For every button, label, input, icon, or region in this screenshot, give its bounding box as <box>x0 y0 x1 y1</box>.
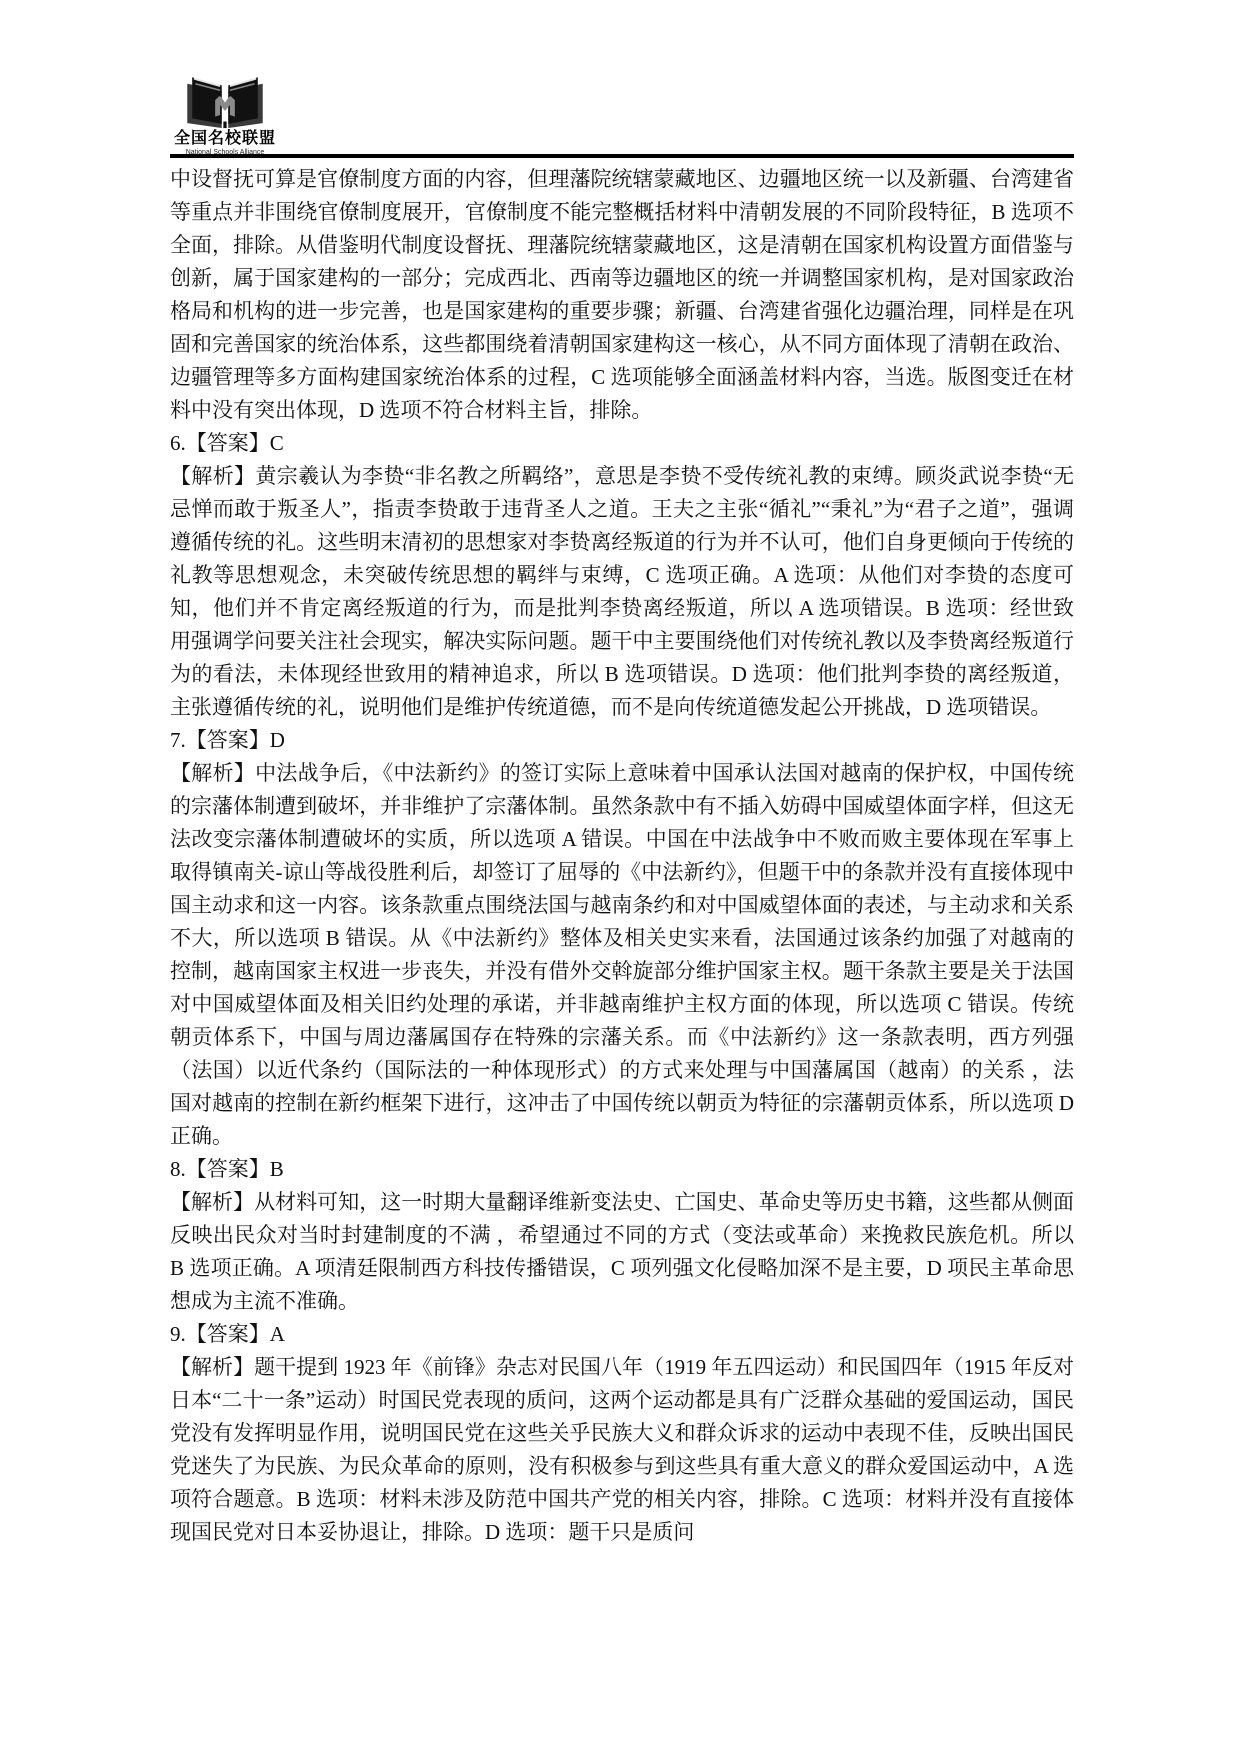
answer-heading-q8: 8.【答案】B <box>170 1153 1074 1186</box>
answer-heading-q9: 9.【答案】A <box>170 1318 1074 1351</box>
answer-heading-q7: 7.【答案】D <box>170 724 1074 757</box>
document-page: 全国名校联盟 National Schools Alliance 中设督抚可算是… <box>0 0 1241 1754</box>
explanation-paragraph-q7: 【解析】中法战争后，《中法新约》的签订实际上意味着中国承认法国对越南的保护权，中… <box>170 757 1074 1153</box>
open-book-logo-icon <box>184 72 266 130</box>
answer-heading-q6: 6.【答案】C <box>170 427 1074 460</box>
explanation-paragraph-q6: 【解析】黄宗羲认为李贽“非名教之所羁络”，意思是李贽不受传统礼教的束缚。顾炎武说… <box>170 460 1074 724</box>
logo-title: 全国名校联盟 <box>170 130 280 148</box>
header-divider <box>170 154 1074 158</box>
logo: 全国名校联盟 National Schools Alliance <box>170 72 280 157</box>
explanation-paragraph-q5: 中设督抚可算是官僚制度方面的内容，但理藩院统辖蒙藏地区、边疆地区统一以及新疆、台… <box>170 163 1074 427</box>
answer-key-body: 中设督抚可算是官僚制度方面的内容，但理藩院统辖蒙藏地区、边疆地区统一以及新疆、台… <box>170 163 1074 1549</box>
explanation-paragraph-q8: 【解析】从材料可知，这一时期大量翻译维新变法史、亡国史、革命史等历史书籍，这些都… <box>170 1186 1074 1318</box>
explanation-paragraph-q9: 【解析】题干提到 1923 年《前锋》杂志对民国八年（1919 年五四运动）和民… <box>170 1351 1074 1549</box>
